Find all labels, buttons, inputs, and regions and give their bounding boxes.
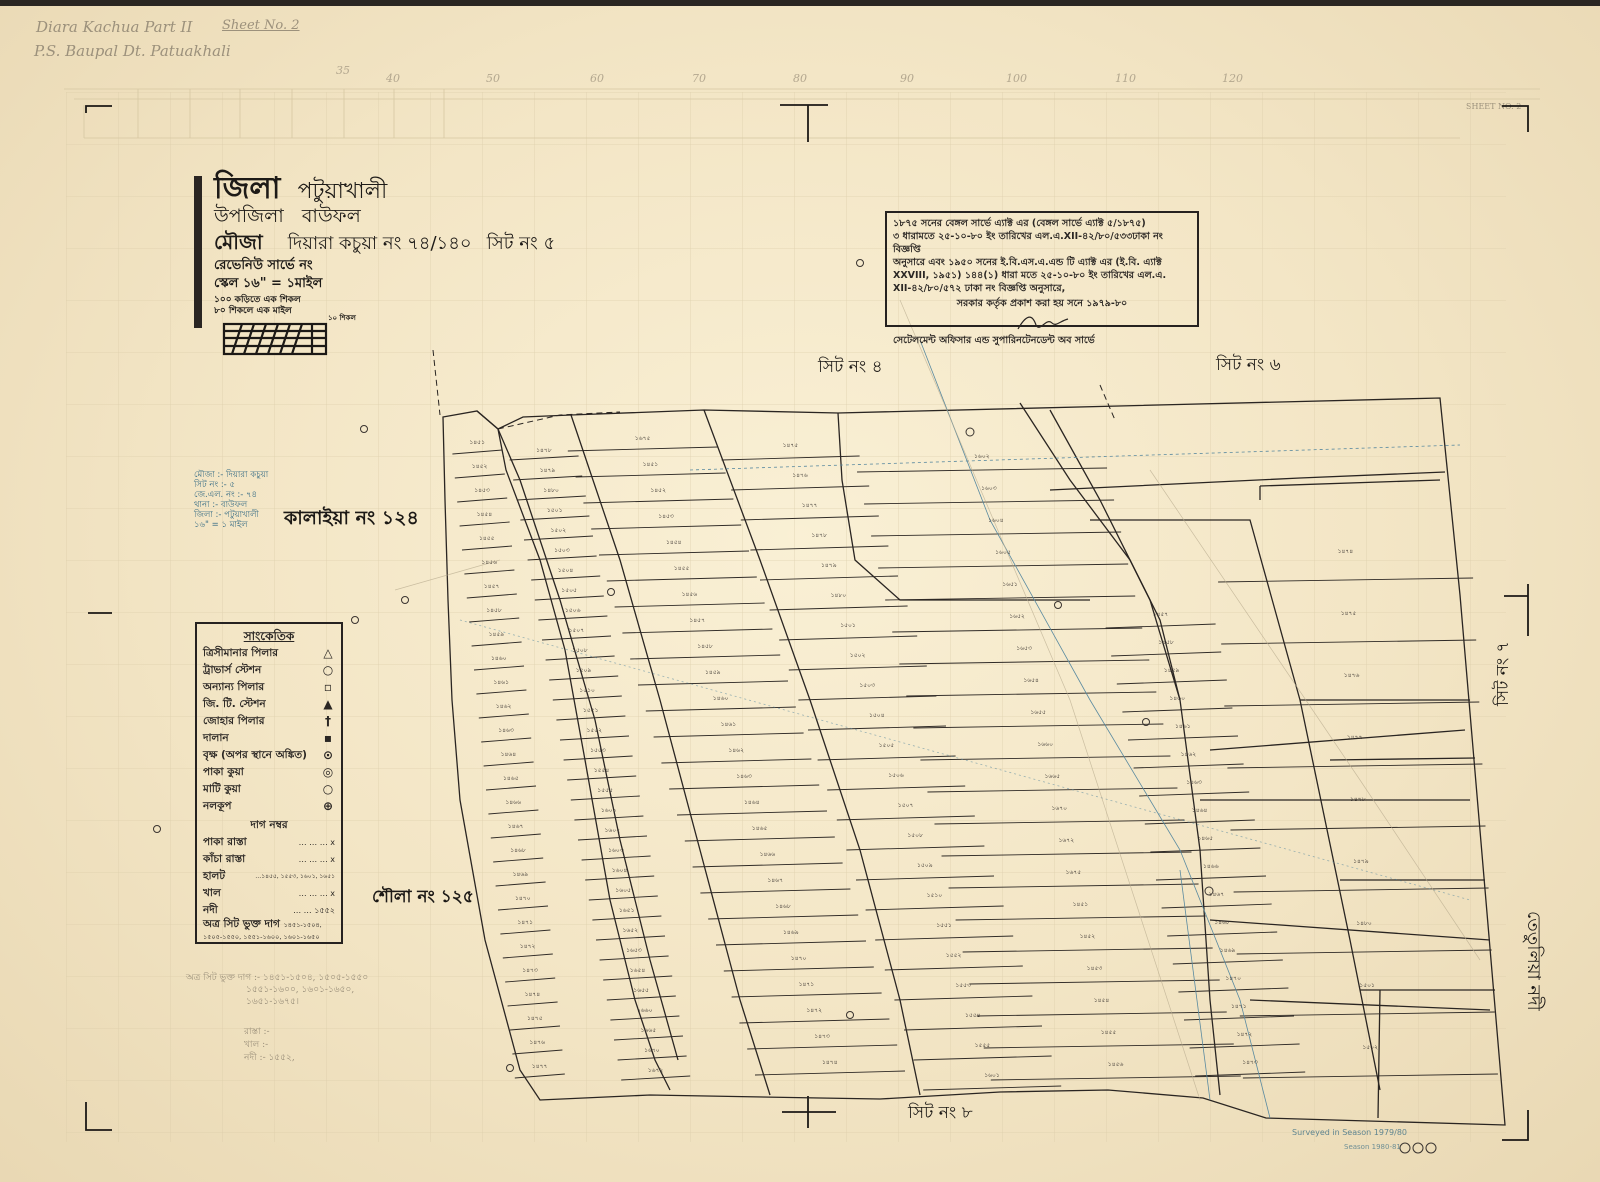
svg-text:১৪৭৪: ১৪৭৪ — [525, 991, 541, 998]
svg-text:১৪৭০: ১৪৭০ — [1225, 975, 1241, 982]
svg-text:১৪৬৩: ১৪৬৩ — [736, 773, 752, 780]
svg-text:১৪৭৯: ১৪৭৯ — [540, 467, 556, 474]
svg-text:১৪৭৭: ১৪৭৭ — [532, 1063, 548, 1070]
legend-item: নলকূপ⊕ — [203, 798, 335, 815]
svg-text:১৪৭২: ১৪৭২ — [520, 943, 536, 950]
svg-text:১৪৭৭: ১৪৭৭ — [802, 502, 818, 509]
adjacent-sheet-north-west: সিট নং ৪ — [818, 354, 883, 382]
legend-item: ত্রিসীমানার পিলার△ — [203, 645, 335, 662]
svg-text:১৪৫৭: ১৪৫৭ — [689, 617, 705, 624]
svg-text:১৬৫৪: ১৬৫৪ — [630, 967, 646, 974]
svg-text:১৪৭৩: ১৪৭৩ — [814, 1033, 830, 1040]
legend-box: সাংকেতিক ত্রিসীমানার পিলার△ ট্রাভার্স স্… — [195, 622, 343, 944]
adjacent-sheet-south: সিট নং ৮ — [908, 1100, 973, 1128]
square-icon: ▫ — [321, 679, 335, 696]
svg-text:১৪৫৪: ১৪৫৪ — [477, 511, 493, 518]
notice-footer: সেটেলমেন্ট অফিসার এন্ড সুপারিনটেনডেন্ট অ… — [893, 334, 1191, 347]
svg-text:১৬৭০: ১৬৭০ — [1051, 805, 1067, 812]
svg-text:১৪৭০: ১৪৭০ — [791, 955, 807, 962]
svg-text:১৪৬১: ১৪৬১ — [1175, 723, 1191, 730]
svg-text:১৪৮০: ১৪৮০ — [831, 592, 847, 599]
upazila-value: বাউফল — [302, 205, 361, 227]
mouza-note-line: জে.এল. নং :- ৭৪ — [194, 490, 268, 500]
svg-text:১৪৭০: ১৪৭০ — [515, 895, 531, 902]
svg-text:১৬৭৫: ১৬৭৫ — [1066, 869, 1082, 876]
svg-text:১৫০১: ১৫০১ — [1359, 982, 1375, 989]
legend-item: দালান▪ — [203, 730, 335, 747]
legend-item: জি. টি. স্টেশন▲ — [203, 696, 335, 713]
svg-text:১৬৫২: ১৬৫২ — [1009, 613, 1025, 620]
svg-text:১৪৬০: ১৪৬০ — [491, 655, 507, 662]
svg-text:১৪৭৮: ১৪৭৮ — [811, 532, 827, 539]
notice-line: ১৮৭৫ সনের বেঙ্গল সার্ভে এ্যাক্ট এর (বেঙ্… — [893, 217, 1191, 230]
triangle-icon: △ — [321, 645, 335, 662]
svg-text:১৪৫৯: ১৪৫৯ — [705, 669, 721, 676]
river-label: তেতুলিয়া নদী — [1517, 911, 1548, 1011]
svg-text:১৪৬৪: ১৪৬৪ — [501, 751, 517, 758]
dag-item: খাল… … … x — [203, 885, 335, 902]
svg-text:১৪৭৬: ১৪৭৬ — [529, 1039, 545, 1046]
svg-text:১৫১০: ১৫১০ — [579, 687, 595, 694]
svg-text:১৬৫৪: ১৬৫৪ — [1023, 677, 1039, 684]
svg-text:১৪৬৪: ১৪৬৪ — [1192, 807, 1208, 814]
svg-text:১৪৭৩: ১৪৭৩ — [1242, 1059, 1258, 1066]
svg-text:১৫০৭: ১৫০৭ — [898, 802, 914, 809]
svg-text:১৪৭৫: ১৪৭৫ — [783, 442, 799, 449]
notification-box: ১৮৭৫ সনের বেঙ্গল সার্ভে এ্যাক্ট এর (বেঙ্… — [885, 211, 1199, 327]
svg-text:১৪৭৩: ১৪৭৩ — [522, 967, 538, 974]
mouza-note-line: সিট নং :- ৫ — [194, 480, 268, 490]
survey-season-note-2: Season 1980-81 — [1344, 1143, 1401, 1151]
svg-text:১৬০১: ১৬০১ — [601, 807, 617, 814]
svg-text:১৫০৪: ১৫০৪ — [558, 567, 574, 574]
dag-item: অত্র সিট ভুক্ত দাগ ১৪৫১-১৫০৪, ১৫০৫-১৫৫০,… — [203, 919, 335, 943]
svg-text:১৪৫৮: ১৪৫৮ — [1158, 639, 1174, 646]
tubewell-icon: ⊕ — [321, 798, 335, 815]
svg-text:১৪৬৬: ১৪৬৬ — [1203, 863, 1219, 870]
svg-text:১৫৫৩: ১৫৫৩ — [590, 747, 606, 754]
svg-text:১৪৮০: ১৪৮০ — [543, 487, 559, 494]
svg-text:১৬০১: ১৬০১ — [984, 1072, 1000, 1079]
svg-text:১৪৫২: ১৪৫২ — [472, 463, 488, 470]
svg-text:১৪৫৬: ১৪৫৬ — [481, 559, 497, 566]
upazila-label: উপজিলা — [214, 205, 284, 227]
dag-item: পাকা রাস্তা… … … x — [203, 834, 335, 851]
svg-text:১৪৬৫: ১৪৬৫ — [752, 825, 768, 832]
survey-season-note: Surveyed in Season 1979/80 — [1292, 1128, 1407, 1137]
mouza-value: দিয়ারা কচুয়া নং ৭৪/১৪০ — [288, 233, 472, 254]
svg-text:১৪৫১: ১৪৫১ — [1073, 901, 1089, 908]
mouza-note-line: ১৬" = ১ মাইল — [194, 520, 268, 530]
svg-text:১৬৫৩: ১৬৫৩ — [626, 947, 642, 954]
svg-text:১৬০২: ১৬০২ — [974, 453, 990, 460]
svg-text:১৬০২: ১৬০২ — [605, 827, 621, 834]
svg-text:১৪৬৮: ১৪৬৮ — [775, 903, 791, 910]
svg-text:১৬০৩: ১৬০৩ — [608, 847, 624, 854]
svg-text:১৪৫৭: ১৪৫৭ — [1153, 611, 1169, 618]
svg-text:১৬৫২: ১৬৫২ — [623, 927, 639, 934]
svg-text:১৫১০: ১৫১০ — [927, 892, 943, 899]
svg-text:১৫৫৪: ১৫৫৪ — [594, 767, 610, 774]
svg-text:১৪৬৯: ১৪৬৯ — [783, 929, 799, 936]
svg-text:১৬৭২: ১৬৭২ — [648, 1067, 664, 1074]
svg-text:১৬৫৫: ১৬৫৫ — [633, 987, 649, 994]
svg-text:১৪৭৪: ১৪৭৪ — [822, 1059, 838, 1066]
mouza-note: মৌজা :- দিয়ারা কচুয়া সিট নং :- ৫ জে.এল… — [194, 470, 268, 530]
svg-text:১৪৬৭: ১৪৬৭ — [767, 877, 783, 884]
svg-text:১৪৬১: ১৪৬১ — [721, 721, 737, 728]
svg-text:১৫০২: ১৫০২ — [1362, 1044, 1378, 1051]
dag-header: দাগ নম্বর — [203, 817, 335, 834]
svg-text:১৪৭১: ১৪৭১ — [799, 981, 815, 988]
dag-item: হালট…১৪৫৫, ১৫৫৩, ১৬০১, ১৬৫১ — [203, 868, 335, 885]
svg-text:১৫৫২: ১৫৫২ — [587, 727, 603, 734]
svg-text:১৪৭৭: ১৪৭৭ — [1347, 734, 1363, 741]
svg-text:১৪৬৮: ১৪৬৮ — [510, 847, 526, 854]
svg-text:১৫০২: ১৫০২ — [551, 527, 567, 534]
scale-bar-label: ১০ শিকল — [328, 312, 356, 324]
svg-text:১৬৬৫: ১৬৬৫ — [1044, 773, 1060, 780]
svg-text:১৫০১: ১৫০১ — [840, 622, 856, 629]
svg-text:১৪৭৯: ১৪৭৯ — [821, 562, 837, 569]
notice-line: XII-৪২/৮০/৫৭২ ঢাকা নং বিজ্ঞপ্তি অনুসারে, — [893, 282, 1191, 295]
dagger-icon: † — [321, 713, 335, 730]
svg-text:১৪৬১: ১৪৬১ — [493, 679, 509, 686]
svg-text:১৪৭৬: ১৪৭৬ — [1344, 672, 1360, 679]
legend-item: পাকা কুয়া◎ — [203, 764, 335, 781]
svg-text:১৪৬৯: ১৪৬৯ — [513, 871, 529, 878]
notice-line: XXVIII, ১৯৫১) ১৪৪(১) ধারা মতে ২৫-১০-৮০ ই… — [893, 269, 1191, 282]
neighbor-mouza-south-west: শৌলা নং ১২৫ — [372, 884, 474, 912]
svg-text:১৪৭৫: ১৪৭৫ — [1341, 610, 1357, 617]
svg-text:১৬৫৩: ১৬৫৩ — [1016, 645, 1032, 652]
svg-text:১৪৫৮: ১৪৫৮ — [486, 607, 502, 614]
svg-text:১৬০৪: ১৬০৪ — [612, 867, 628, 874]
svg-text:১৪৫৬: ১৪৫৬ — [1108, 1061, 1124, 1068]
svg-text:১৪৫৫: ১৪৫৫ — [479, 535, 495, 542]
adjacent-sheet-east: সিট নং ৭ — [1490, 641, 1518, 706]
svg-text:১৬৬০: ১৬৬০ — [1037, 741, 1053, 748]
svg-text:১৪৭২: ১৪৭২ — [806, 1007, 822, 1014]
notice-line: অনুসারে এবং ১৯৫০ সনের ই.বি.এস.এ.এন্ড টি … — [893, 256, 1191, 269]
svg-text:১৪৫৫: ১৪৫৫ — [674, 565, 690, 572]
svg-text:১৬৬৫: ১৬৬৫ — [641, 1027, 657, 1034]
svg-text:১৪৬৬: ১৪৬৬ — [505, 799, 521, 806]
svg-text:১৪৫৯: ১৪৫৯ — [1164, 667, 1180, 674]
mouza-note-line: জিলা :- পটুয়াখালী — [194, 510, 268, 520]
svg-text:১৫০৯: ১৫০৯ — [917, 862, 933, 869]
svg-text:১৫০৩: ১৫০৩ — [859, 682, 875, 689]
svg-text:১৬৫১: ১৬৫১ — [1002, 581, 1018, 588]
svg-text:১৫০২: ১৫০২ — [850, 652, 866, 659]
svg-text:১৫৫২: ১৫৫২ — [946, 952, 962, 959]
svg-text:১৪৫২: ১৪৫২ — [1080, 933, 1096, 940]
notice-line: ৩ ধারামতে ২৫-১০-৮০ ইং তারিখের এল.এ.XII-৪… — [893, 230, 1191, 256]
circle-icon: ○ — [321, 662, 335, 679]
svg-text:১৪৬২: ১৪৬২ — [1181, 751, 1197, 758]
title-bar-mark — [194, 176, 202, 328]
svg-text:১৫০৪: ১৫০৪ — [869, 712, 885, 719]
svg-text:১৬০৫: ১৬০৫ — [615, 887, 631, 894]
svg-text:১৪৭১: ১৪৭১ — [1231, 1003, 1247, 1010]
svg-text:১৪৬২: ১৪৬২ — [728, 747, 744, 754]
tree-icon: ⊙ — [321, 747, 335, 764]
svg-text:১৪৫৮: ১৪৫৮ — [697, 643, 713, 650]
legend-item: বৃক্ষ (অপর স্থানে অঙ্কিত)⊙ — [203, 747, 335, 764]
svg-text:১৫০৩: ১৫০৩ — [554, 547, 570, 554]
svg-text:১৪৫১: ১৪৫১ — [469, 439, 485, 446]
svg-text:১৫০৮: ১৫০৮ — [907, 832, 923, 839]
scale-bar — [222, 320, 330, 356]
scale-note-2: ৮০ শিকলে এক মাইল — [214, 303, 292, 318]
svg-text:১৫০১: ১৫০১ — [547, 507, 563, 514]
svg-text:১৬৭২: ১৬৭২ — [1059, 837, 1075, 844]
svg-text:১৫৫১: ১৫৫১ — [583, 707, 599, 714]
district-label: জিলা — [214, 171, 280, 206]
svg-text:১৪৫৯: ১৪৫৯ — [489, 631, 505, 638]
legend-item: ট্রাভার্স স্টেশন○ — [203, 662, 335, 679]
svg-text:১৪৬৩: ১৪৬৩ — [498, 727, 514, 734]
mouza-label: মৌজা — [214, 230, 263, 254]
map-sheet: Diara Kachua Part II Sheet No. 2 P.S. Ba… — [0, 6, 1600, 1182]
signature-icon — [1012, 311, 1072, 333]
svg-text:১৪৭৫: ১৪৭৫ — [527, 1015, 543, 1022]
svg-text:১৪৬৫: ১৪৬৫ — [1197, 835, 1213, 842]
svg-text:১৪৭২: ১৪৭২ — [1237, 1031, 1253, 1038]
svg-text:১৫০৭: ১৫০৭ — [569, 627, 585, 634]
sheet-value: সিট নং ৫ — [487, 233, 555, 254]
legend-title: সাংকেতিক — [203, 628, 335, 645]
svg-text:১৪৫৫: ১৪৫৫ — [1101, 1029, 1117, 1036]
legend-item: অন্যান্য পিলার▫ — [203, 679, 335, 696]
svg-text:১৫০৬: ১৫০৬ — [888, 772, 904, 779]
svg-text:১৪৬৯: ১৪৬৯ — [1220, 947, 1236, 954]
svg-text:১৪৫৩: ১৪৫৩ — [658, 513, 674, 520]
svg-text:১৫৫৫: ১৫৫৫ — [975, 1042, 991, 1049]
svg-text:১৪৬৮: ১৪৬৮ — [1214, 919, 1230, 926]
svg-text:১৫০৬: ১৫০৬ — [565, 607, 581, 614]
pencil-dag-note: অত্র সিট ভুক্ত দাগ :- ১৪৫১-১৫০৪, ১৫০৫-১৫… — [186, 972, 368, 1008]
svg-text:১৪৬০: ১৪৬০ — [1169, 695, 1185, 702]
mouza-note-line: মৌজা :- দিয়ারা কচুয়া — [194, 470, 268, 480]
svg-text:১৪৬৪: ১৪৬৪ — [744, 799, 760, 806]
svg-text:১৪৫২: ১৪৫২ — [650, 487, 666, 494]
svg-text:১৪৫৭: ১৪৫৭ — [484, 583, 500, 590]
svg-text:১৪৬৭: ১৪৬৭ — [1209, 891, 1225, 898]
svg-text:১৬৬০: ১৬৬০ — [637, 1007, 653, 1014]
pencil-small-notes: রাস্তা :- খাল :- নদী :- ১৫৫২, — [244, 1026, 295, 1065]
svg-text:১৫৫৪: ১৫৫৪ — [965, 1012, 981, 1019]
svg-text:১৫৫১: ১৫৫১ — [936, 922, 952, 929]
svg-text:১৫০৫: ১৫০৫ — [561, 587, 577, 594]
district-value: পটুয়াখালী — [298, 179, 388, 204]
svg-text:১৬০৫: ১৬০৫ — [995, 549, 1011, 556]
svg-text:১৪৭৯: ১৪৭৯ — [1353, 858, 1369, 865]
svg-text:১৪৫৬: ১৪৫৬ — [682, 591, 698, 598]
svg-text:১৬৫৫: ১৬৫৫ — [1030, 709, 1046, 716]
svg-text:১৪৬৫: ১৪৬৫ — [503, 775, 519, 782]
svg-text:১৪৬০: ১৪৬০ — [713, 695, 729, 702]
dag-item: নদী… … ১৫৫২ — [203, 902, 335, 919]
svg-text:১৬০৩: ১৬০৩ — [981, 485, 997, 492]
legend-item: জোহার পিলার† — [203, 713, 335, 730]
svg-text:১৪৭৮: ১৪৭৮ — [536, 447, 552, 454]
svg-text:১৪৫৩: ১৪৫৩ — [474, 487, 490, 494]
svg-text:১৬৭০: ১৬৭০ — [644, 1047, 660, 1054]
svg-text:১৪৬৩: ১৪৬৩ — [1186, 779, 1202, 786]
svg-text:১৫৫৩: ১৫৫৩ — [955, 982, 971, 989]
neighbor-mouza-west: কালাইয়া নং ১২৪ — [284, 504, 419, 536]
kutcha-well-icon: ○ — [321, 781, 335, 798]
svg-text:১৪৭৬: ১৪৭৬ — [792, 472, 808, 479]
adjacent-sheet-north-east: সিট নং ৬ — [1216, 352, 1281, 380]
svg-text:১৪৭৮: ১৪৭৮ — [1350, 796, 1366, 803]
svg-text:১৪৫৪: ১৪৫৪ — [1094, 997, 1110, 1004]
svg-text:১৪৮০: ১৪৮০ — [1356, 920, 1372, 927]
building-icon: ▪ — [321, 730, 335, 747]
svg-text:১৬০৪: ১৬০৪ — [988, 517, 1004, 524]
svg-text:১৪৬২: ১৪৬২ — [496, 703, 512, 710]
legend-item: মাটি কুয়া○ — [203, 781, 335, 798]
svg-text:১৪৭১: ১৪৭১ — [517, 919, 533, 926]
svg-text:১৬৭৫: ১৬৭৫ — [635, 435, 651, 442]
svg-text:১৫০৫: ১৫০৫ — [879, 742, 895, 749]
svg-text:১৬৫১: ১৬৫১ — [619, 907, 635, 914]
svg-text:১৪৭৪: ১৪৭৪ — [1338, 548, 1354, 555]
svg-text:১৫০৮: ১৫০৮ — [572, 647, 588, 654]
filled-triangle-icon: ▲ — [321, 696, 335, 713]
svg-text:১৫০৯: ১৫০৯ — [576, 667, 592, 674]
svg-text:১৪৫১: ১৪৫১ — [643, 461, 659, 468]
svg-text:১৪৬৬: ১৪৬৬ — [760, 851, 776, 858]
svg-text:১৪৫৩: ১৪৫৩ — [1087, 965, 1103, 972]
mouza-note-line: থানা :- বাউফল — [194, 500, 268, 510]
notice-line: সরকার কর্তৃক প্রকাশ করা হয় সনে ১৯৭৯-৮০ — [893, 297, 1191, 310]
dag-item: কাঁচা রাস্তা… … … x — [203, 851, 335, 868]
svg-text:১৫৫৫: ১৫৫৫ — [597, 787, 613, 794]
svg-text:১৪৬৭: ১৪৬৭ — [508, 823, 524, 830]
pucca-well-icon: ◎ — [321, 764, 335, 781]
svg-text:১৪৫৪: ১৪৫৪ — [666, 539, 682, 546]
